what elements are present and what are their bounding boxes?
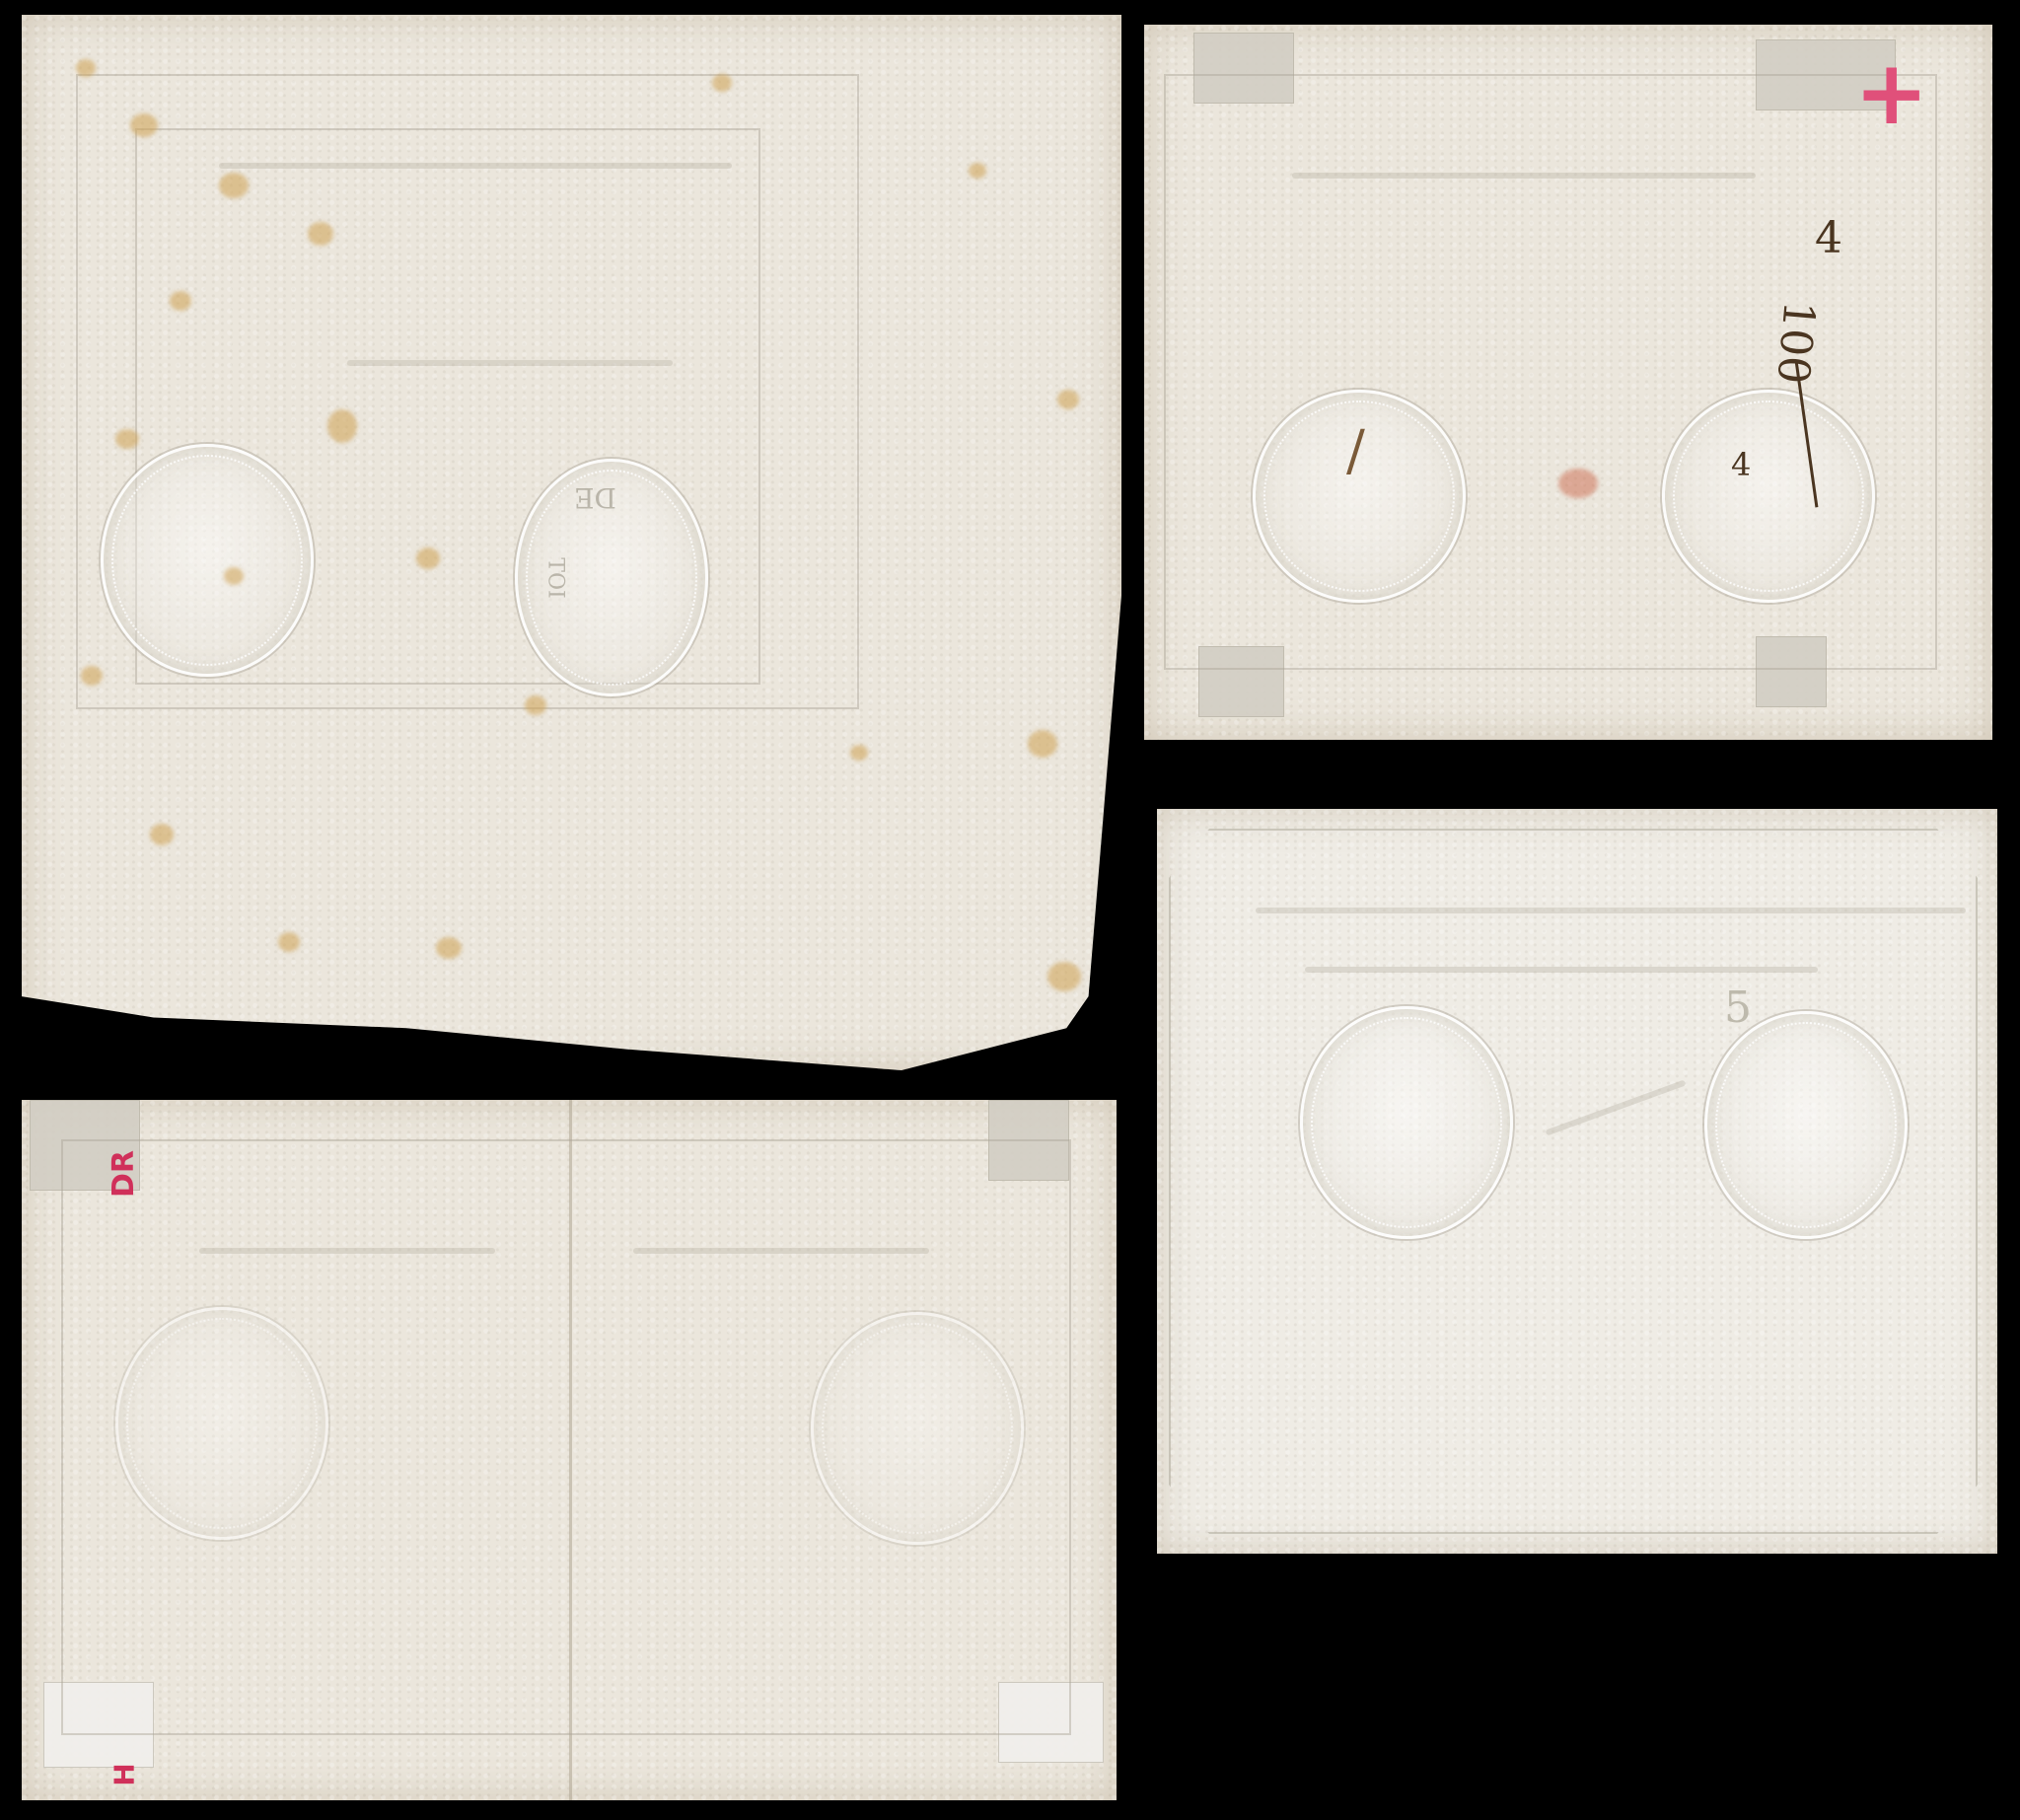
red-stain: [1558, 469, 1598, 498]
red-initials: DR: [109, 1150, 139, 1198]
handwritten-stroke: /: [1346, 424, 1365, 479]
embossed-text: DE: [574, 483, 616, 511]
note-top-left: DE TOI: [22, 15, 1121, 1070]
foxing-stain: [525, 695, 546, 715]
medallion-left: [115, 1307, 328, 1540]
foxing-stain: [1028, 730, 1057, 758]
medallion-right: [1662, 390, 1875, 603]
medallion-right: [811, 1312, 1024, 1545]
foxing-stain: [436, 937, 462, 959]
foxing-stain: [130, 113, 158, 137]
red-initials: H: [111, 1763, 139, 1785]
medallion-right: [1704, 1011, 1908, 1239]
embossed-heading: [1292, 173, 1756, 179]
medallion-left: [101, 444, 314, 677]
foxing-stain: [278, 932, 300, 952]
foxing-stain: [1057, 390, 1079, 409]
embossed-denomination: 5: [1724, 986, 1752, 1030]
foxing-stain: [712, 74, 732, 92]
embossed-heading: [199, 1248, 495, 1254]
embossed-subheading: [1305, 967, 1818, 973]
embossed-heading: [633, 1248, 929, 1254]
foxing-stain: [115, 429, 139, 449]
note-bottom-right: 5: [1157, 809, 1997, 1554]
embossed-text: TOI: [544, 557, 566, 598]
foxing-stain: [969, 163, 986, 179]
embossed-subheading: [347, 360, 673, 366]
embossed-heading: [1256, 908, 1966, 913]
note-top-right: 4 100 4 / +: [1144, 25, 1992, 740]
foxing-stain: [1047, 962, 1081, 991]
foxing-stain: [219, 173, 249, 198]
foxing-stain: [416, 547, 440, 569]
foxing-stain: [224, 567, 244, 585]
foxing-stain: [170, 291, 191, 311]
foxing-stain: [327, 409, 357, 443]
foxing-stain: [81, 666, 103, 686]
handwritten-number: 4: [1815, 217, 1842, 260]
foxing-stain: [76, 59, 96, 77]
note-bottom-left: DR H: [22, 1100, 1117, 1800]
handwritten-number: 4: [1731, 449, 1751, 480]
handwritten-number: 100: [1769, 299, 1820, 385]
foxing-stain: [150, 824, 174, 845]
medallion-left: [1300, 1006, 1513, 1239]
foxing-stain: [850, 745, 868, 761]
embossed-heading: [219, 163, 732, 169]
red-cross-mark: +: [1854, 49, 1928, 138]
foxing-stain: [308, 222, 333, 246]
